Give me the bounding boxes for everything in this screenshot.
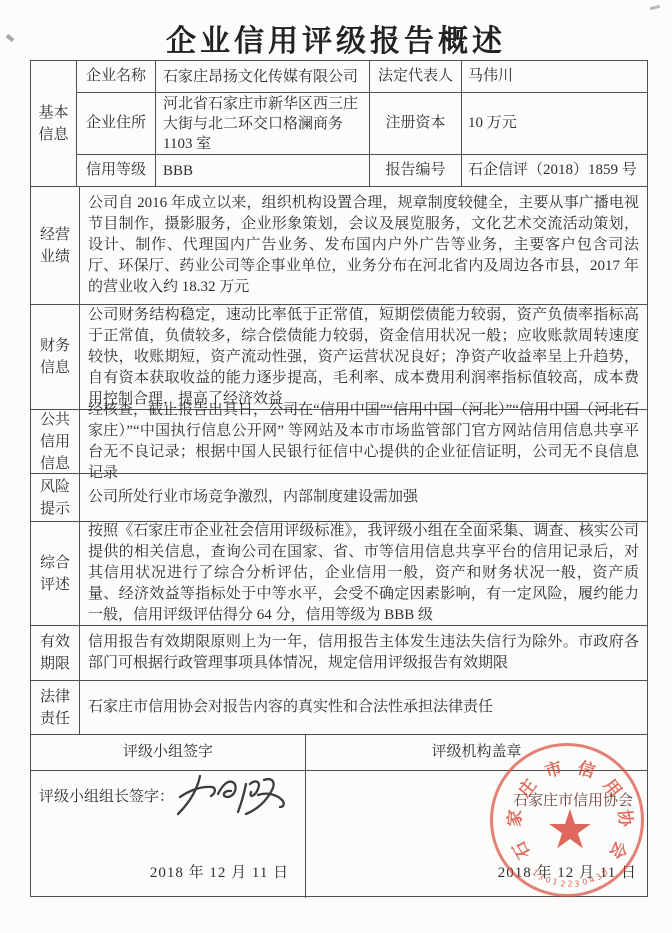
document-page: 企业信用评级报告概述 基本信息 企业名称 石家庄昂扬文化传媒有限公司 法定代表人…	[0, 0, 672, 933]
table-row: 企业名称 石家庄昂扬文化传媒有限公司 法定代表人 马伟川	[77, 61, 647, 92]
section-public-credit-info: 公共信用信息 经核查，截止报告出具日，公司在“信用中国”“信用中国（河北）”“信…	[31, 409, 647, 473]
section-label: 综合评述	[31, 522, 79, 625]
basic-info-section: 基本信息 企业名称 石家庄昂扬文化传媒有限公司 法定代表人 马伟川 企业住所 河…	[31, 61, 647, 186]
field-value-registered-capital: 10 万元	[461, 93, 647, 154]
section-label: 风险提示	[31, 474, 79, 521]
section-text: 石家庄市信用协会对报告内容的真实性和合法性承担法律责任	[80, 697, 647, 718]
signature-date: 2018 年 12 月 11 日	[150, 863, 289, 884]
page-title: 企业信用评级报告概述	[0, 16, 672, 60]
section-overall-review: 综合评述 按照《石家庄市企业社会信用评级标准》，我评级小组在全面采集、调查、核实…	[31, 521, 647, 625]
field-label-company-address: 企业住所	[77, 93, 155, 154]
field-value-report-number: 石企信评（2018）1859 号	[461, 155, 647, 186]
section-business-performance: 经营业绩 公司自 2016 年成立以来，组织机构设置合理，规章制度较健全，主要从…	[31, 186, 647, 304]
section-label-basic: 基本信息	[31, 61, 76, 186]
seal-cell: 2018 年 12 月 11 日	[305, 771, 647, 898]
field-value-company-name: 石家庄昂扬文化传媒有限公司	[155, 61, 369, 92]
basic-info-rows: 企业名称 石家庄昂扬文化传媒有限公司 法定代表人 马伟川 企业住所 河北省石家庄…	[76, 61, 647, 186]
section-text: 信用报告有效期限原则上为一年，信用报告主体发生违法失信行为除外。市政府各部门可根…	[80, 632, 647, 674]
report-table: 基本信息 企业名称 石家庄昂扬文化传媒有限公司 法定代表人 马伟川 企业住所 河…	[30, 60, 648, 897]
section-label: 财务信息	[31, 305, 79, 409]
section-text: 按照《石家庄市企业社会信用评级标准》，我评级小组在全面采集、调查、核实公司提供的…	[80, 521, 647, 626]
section-financial-info: 财务信息 公司财务结构稳定，速动比率低于正常值，短期偿债能力较弱，资产负债率指标…	[31, 304, 647, 409]
signature-cell: 评级小组组长签字： 2018 年 12 月 11 日	[31, 771, 305, 898]
section-legal-liability: 法律责任 石家庄市信用协会对报告内容的真实性和合法性承担法律责任	[31, 680, 647, 734]
field-label-registered-capital: 注册资本	[369, 93, 461, 154]
section-label: 有效期限	[31, 626, 79, 680]
table-row: 企业住所 河北省石家庄市新华区西三庄大街与北二环交口格澜商务1103 室 注册资…	[77, 92, 647, 154]
section-text: 公司所处行业市场竞争激烈，内部制度建设需加强	[80, 487, 647, 508]
section-text: 经核查，截止报告出具日，公司在“信用中国”“信用中国（河北）”“信用中国（河北石…	[80, 400, 647, 484]
field-label-report-number: 报告编号	[369, 155, 461, 186]
footer-header-seal: 评级机构盖章	[305, 735, 647, 770]
section-label: 法律责任	[31, 681, 79, 734]
seal-date: 2018 年 12 月 11 日	[498, 863, 637, 884]
section-label: 公共信用信息	[31, 410, 79, 473]
field-value-legal-representative: 马伟川	[461, 61, 647, 92]
section-risk-warning: 风险提示 公司所处行业市场竞争激烈，内部制度建设需加强	[31, 473, 647, 521]
footer-header-signature: 评级小组签字	[31, 735, 305, 770]
footer-header-row: 评级小组签字 评级机构盖章	[31, 734, 647, 770]
field-label-company-name: 企业名称	[77, 61, 155, 92]
section-text: 公司自 2016 年成立以来，组织机构设置合理，规章制度较健全，主要从事广播电视…	[80, 193, 647, 298]
section-label: 经营业绩	[31, 187, 79, 304]
field-value-credit-rating: BBB	[155, 155, 369, 186]
section-text: 公司财务结构稳定，速动比率低于正常值，短期偿债能力较弱，资产负债率指标高于正常值…	[80, 305, 647, 410]
table-row: 信用等级 BBB 报告编号 石企信评（2018）1859 号	[77, 154, 647, 186]
scan-speck	[650, 5, 660, 10]
footer-body-row: 评级小组组长签字： 2018 年 12 月 11 日 2018 年 12 月 1…	[31, 770, 647, 898]
field-label-legal-representative: 法定代表人	[369, 61, 461, 92]
field-value-company-address: 河北省石家庄市新华区西三庄大街与北二环交口格澜商务1103 室	[155, 93, 369, 154]
signature-label: 评级小组组长签字：	[39, 787, 174, 808]
field-label-credit-rating: 信用等级	[77, 155, 155, 186]
section-validity-period: 有效期限 信用报告有效期限原则上为一年，信用报告主体发生违法失信行为除外。市政府…	[31, 625, 647, 680]
